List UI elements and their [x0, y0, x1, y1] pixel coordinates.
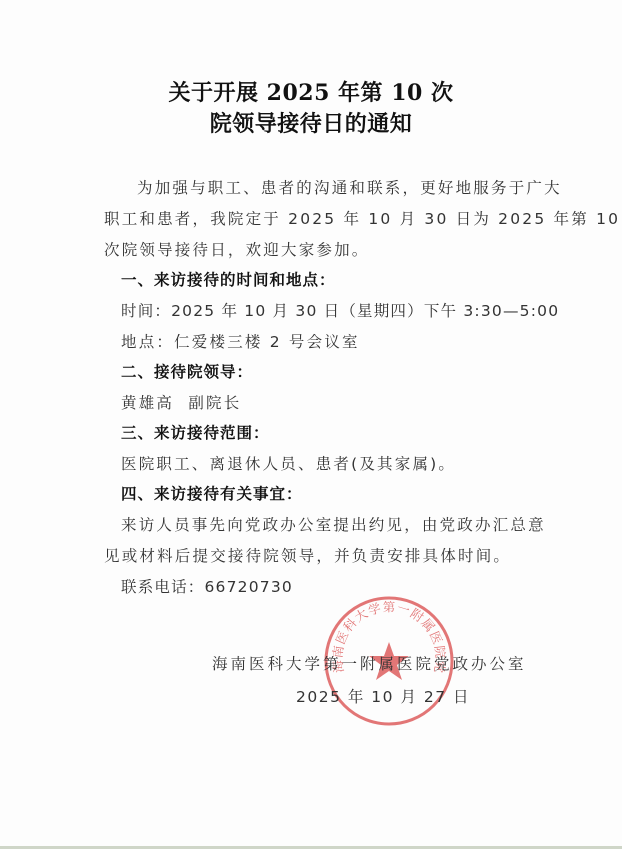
section-1-heading: 一、来访接待的时间和地点： — [121, 268, 336, 290]
intro-line-2: 职工和患者，我院定于 2025 年 10 月 30 日为 2025 年第 10 — [104, 207, 620, 229]
matters-line-1: 来访人员事先向党政办公室提出约见，由党政办汇总意 — [121, 513, 546, 535]
section-4-heading: 四、来访接待有关事宜： — [121, 482, 303, 504]
issuing-organization: 海南医科大学第一附属医院党政办公室 — [212, 652, 527, 674]
document-page: 关于开展 2025 年第 10 次 院领导接待日的通知 为加强与职工、患者的沟通… — [0, 0, 622, 846]
document-title-line-2: 院领导接待日的通知 — [0, 107, 622, 138]
reception-scope: 医院职工、离退休人员、患者(及其家属)。 — [121, 452, 456, 474]
section-2-heading: 二、接待院领导： — [121, 360, 253, 382]
contact-phone: 联系电话：66720730 — [121, 575, 293, 597]
reception-leader: 黄雄高 副院长 — [121, 391, 241, 413]
issue-date: 2025 年 10 月 27 日 — [296, 685, 470, 707]
matters-line-2: 见或材料后提交接待院领导，并负责安排具体时间。 — [104, 544, 511, 566]
intro-line-3: 次院领导接待日，欢迎大家参加。 — [104, 238, 370, 260]
visit-location: 地点：仁爱楼三楼 2 号会议室 — [121, 330, 360, 352]
document-title-line-1: 关于开展 2025 年第 10 次 — [0, 76, 622, 107]
visit-time: 时间：2025 年 10 月 30 日（星期四）下午 3:30—5:00 — [121, 299, 559, 321]
intro-line-1: 为加强与职工、患者的沟通和联系，更好地服务于广大 — [137, 176, 562, 198]
section-3-heading: 三、来访接待范围： — [121, 421, 270, 443]
